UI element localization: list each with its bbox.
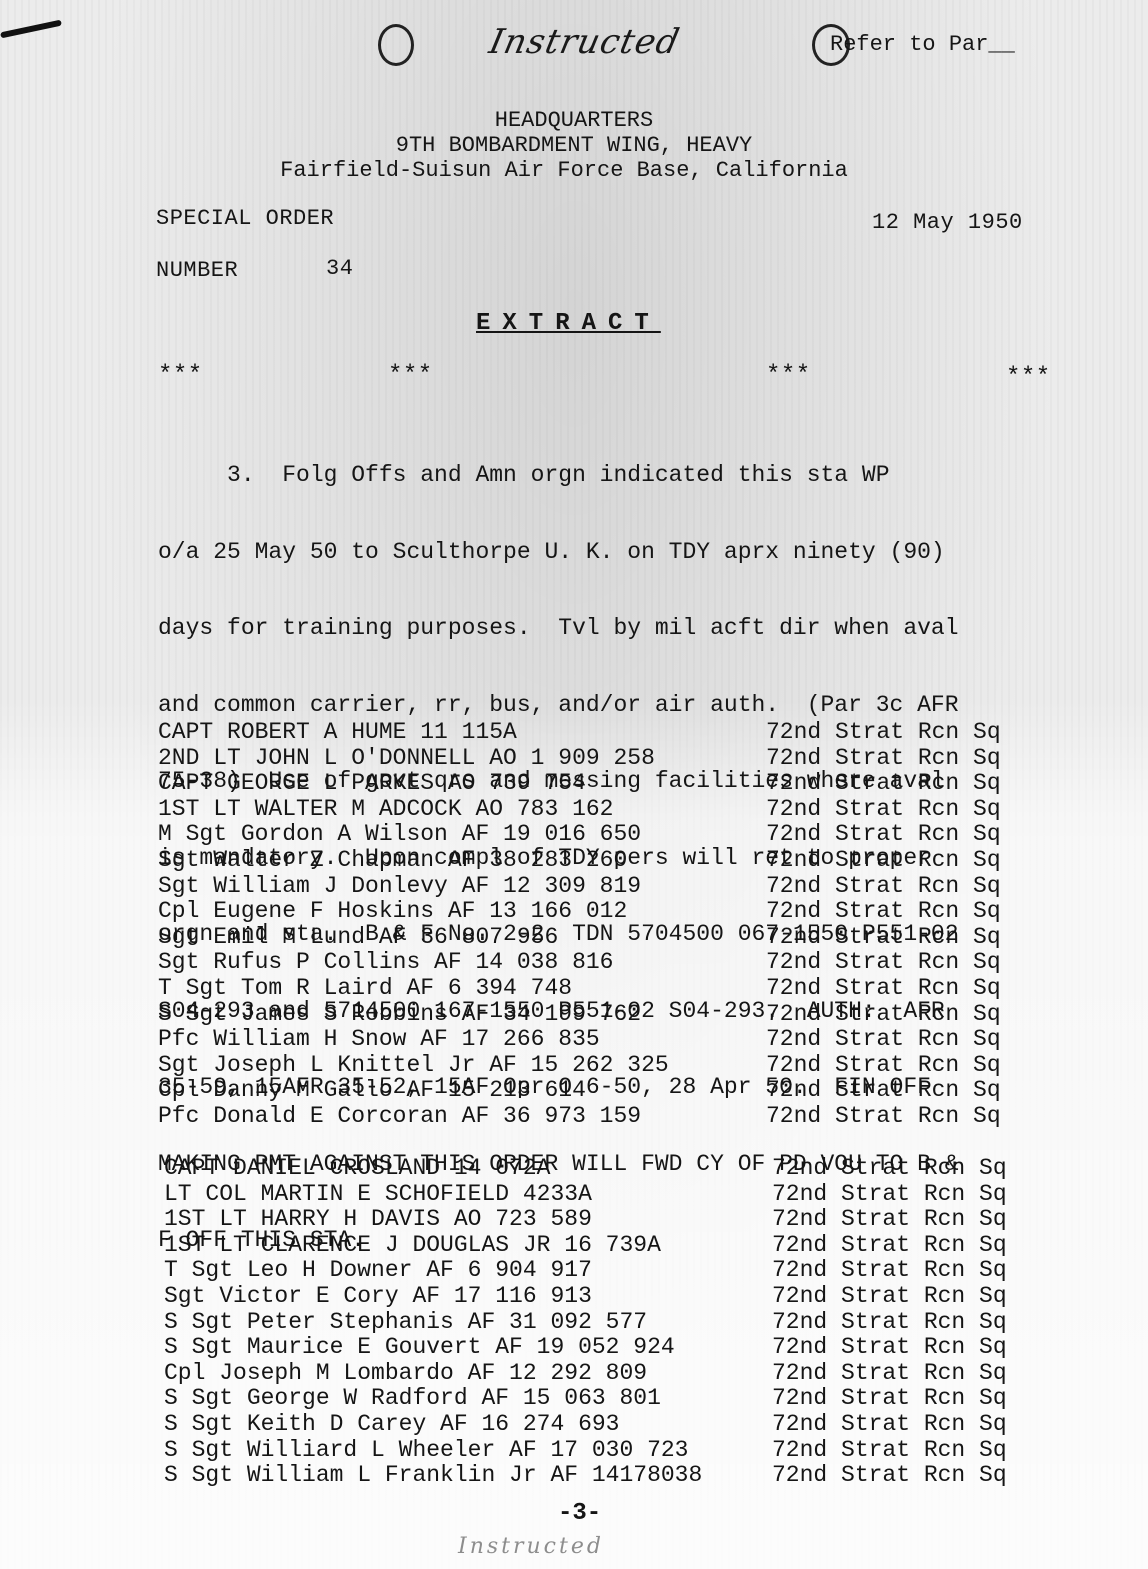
bottom-initials: Instructed xyxy=(458,1534,604,1559)
personnel-unit: 72nd Strat Rcn Sq xyxy=(772,1182,1007,1208)
personnel-name-serial: S Sgt Williard L Wheeler AF 17 030 723 xyxy=(164,1438,689,1464)
separator-2: *** xyxy=(388,362,433,389)
roster-row: S Sgt Peter Stephanis AF 31 092 57772nd … xyxy=(158,1310,1038,1336)
personnel-name-serial: S Sgt George W Radford AF 15 063 801 xyxy=(164,1386,661,1412)
roster-row: Pfc William H Snow AF 17 266 83572nd Str… xyxy=(158,1027,1038,1053)
separator-4: *** xyxy=(1006,364,1051,391)
personnel-unit: 72nd Strat Rcn Sq xyxy=(772,1233,1007,1259)
personnel-name-serial: Sgt Joseph L Knittel Jr AF 15 262 325 xyxy=(158,1053,669,1079)
roster-row: S Sgt William L Franklin Jr AF 141780387… xyxy=(158,1463,1038,1489)
roster-row: Cpl Danny M Gallo AF 15 213 61472nd Stra… xyxy=(158,1078,1038,1104)
roster-row: Sgt Victor E Cory AF 17 116 91372nd Stra… xyxy=(158,1284,1038,1310)
circle-mark-icon xyxy=(378,24,414,66)
roster-row: Cpl Joseph M Lombardo AF 12 292 80972nd … xyxy=(158,1361,1038,1387)
personnel-name-serial: S Sgt Maurice E Gouvert AF 19 052 924 xyxy=(164,1335,675,1361)
personnel-unit: 72nd Strat Rcn Sq xyxy=(772,1284,1007,1310)
roster-row: CAPT DANIEL CROSLAND 14 072A72nd Strat R… xyxy=(158,1156,1038,1182)
personnel-unit: 72nd Strat Rcn Sq xyxy=(772,1412,1007,1438)
personnel-name-serial: S Sgt James S Robbins AF 34 199 762 xyxy=(158,1002,641,1028)
paragraph-line: 3. Folg Offs and Amn orgn indicated this… xyxy=(158,463,1038,489)
personnel-unit: 72nd Strat Rcn Sq xyxy=(766,771,1001,797)
roster-row: S Sgt Keith D Carey AF 16 274 69372nd St… xyxy=(158,1412,1038,1438)
personnel-name-serial: Sgt William J Donlevy AF 12 309 819 xyxy=(158,874,641,900)
roster-row: CAPT ROBERT A HUME 11 115A72nd Strat Rcn… xyxy=(158,720,1038,746)
roster-row: S Sgt Williard L Wheeler AF 17 030 72372… xyxy=(158,1438,1038,1464)
personnel-unit: 72nd Strat Rcn Sq xyxy=(772,1258,1007,1284)
order-number: 34 xyxy=(326,256,353,281)
personnel-unit: 72nd Strat Rcn Sq xyxy=(766,899,1001,925)
roster-row: S Sgt George W Radford AF 15 063 80172nd… xyxy=(158,1386,1038,1412)
personnel-unit: 72nd Strat Rcn Sq xyxy=(772,1463,1007,1489)
separator-1: *** xyxy=(158,362,203,389)
roster-row: Cpl Eugene F Hoskins AF 13 166 01272nd S… xyxy=(158,899,1038,925)
personnel-unit: 72nd Strat Rcn Sq xyxy=(772,1386,1007,1412)
number-label: NUMBER xyxy=(156,258,238,283)
personnel-name-serial: Pfc William H Snow AF 17 266 835 xyxy=(158,1027,600,1053)
personnel-name-serial: 2ND LT JOHN L O'DONNELL AO 1 909 258 xyxy=(158,746,655,772)
personnel-name-serial: Sgt Rufus P Collins AF 14 038 816 xyxy=(158,950,613,976)
roster-row: 1ST LT HARRY H DAVIS AO 723 58972nd Stra… xyxy=(158,1207,1038,1233)
header-line-3: Fairfield-Suisun Air Force Base, Califor… xyxy=(0,158,1138,183)
personnel-unit: 72nd Strat Rcn Sq xyxy=(766,797,1001,823)
order-date: 12 May 1950 xyxy=(872,210,1023,235)
personnel-name-serial: T Sgt Leo H Downer AF 6 904 917 xyxy=(164,1258,592,1284)
roster-row: 1ST LT CLARENCE J DOUGLAS JR 16 739A72nd… xyxy=(158,1233,1038,1259)
personnel-unit: 72nd Strat Rcn Sq xyxy=(772,1335,1007,1361)
roster-row: T Sgt Tom R Laird AF 6 394 74872nd Strat… xyxy=(158,976,1038,1002)
header-line-2: 9TH BOMBARDMENT WING, HEAVY xyxy=(0,133,1148,158)
personnel-unit: 72nd Strat Rcn Sq xyxy=(772,1438,1007,1464)
roster-row: S Sgt Maurice E Gouvert AF 19 052 92472n… xyxy=(158,1335,1038,1361)
personnel-unit: 72nd Strat Rcn Sq xyxy=(766,720,1001,746)
roster-row: T Sgt Leo H Downer AF 6 904 91772nd Stra… xyxy=(158,1258,1038,1284)
roster-row: M Sgt Gordon A Wilson AF 19 016 65072nd … xyxy=(158,822,1038,848)
personnel-unit: 72nd Strat Rcn Sq xyxy=(766,976,1001,1002)
personnel-unit: 72nd Strat Rcn Sq xyxy=(766,1078,1001,1104)
personnel-name-serial: CAPT ROBERT A HUME 11 115A xyxy=(158,720,517,746)
personnel-name-serial: Cpl Eugene F Hoskins AF 13 166 012 xyxy=(158,899,627,925)
personnel-name-serial: Sgt Victor E Cory AF 17 116 913 xyxy=(164,1284,592,1310)
personnel-name-serial: LT COL MARTIN E SCHOFIELD 4233A xyxy=(164,1182,592,1208)
paragraph-line: days for training purposes. Tvl by mil a… xyxy=(158,616,1038,642)
roster-row: 2ND LT JOHN L O'DONNELL AO 1 909 25872nd… xyxy=(158,746,1038,772)
roster-row: LT COL MARTIN E SCHOFIELD 4233A72nd Stra… xyxy=(158,1182,1038,1208)
personnel-unit: 72nd Strat Rcn Sq xyxy=(772,1361,1007,1387)
refer-to-paragraph: Refer to Par__ xyxy=(830,32,1015,57)
header-line-1: HEADQUARTERS xyxy=(0,108,1148,133)
personnel-unit: 72nd Strat Rcn Sq xyxy=(772,1207,1007,1233)
personnel-unit: 72nd Strat Rcn Sq xyxy=(766,822,1001,848)
personnel-unit: 72nd Strat Rcn Sq xyxy=(772,1156,1007,1182)
roster-row: S Sgt James S Robbins AF 34 199 76272nd … xyxy=(158,1002,1038,1028)
personnel-name-serial: 1ST LT HARRY H DAVIS AO 723 589 xyxy=(164,1207,592,1233)
personnel-unit: 72nd Strat Rcn Sq xyxy=(766,874,1001,900)
personnel-unit: 72nd Strat Rcn Sq xyxy=(766,1053,1001,1079)
roster-row: Sgt Rufus P Collins AF 14 038 81672nd St… xyxy=(158,950,1038,976)
roster-row: CAPT GEORGE L PARKES AO 739 75472nd Stra… xyxy=(158,771,1038,797)
special-order-label: SPECIAL ORDER xyxy=(156,206,334,231)
personnel-name-serial: CAPT GEORGE L PARKES AO 739 754 xyxy=(158,771,586,797)
personnel-name-serial: Cpl Danny M Gallo AF 15 213 614 xyxy=(158,1078,586,1104)
personnel-unit: 72nd Strat Rcn Sq xyxy=(766,1002,1001,1028)
personnel-roster-group-2: CAPT DANIEL CROSLAND 14 072A72nd Strat R… xyxy=(158,1156,1038,1489)
personnel-name-serial: M Sgt Gordon A Wilson AF 19 016 650 xyxy=(158,822,641,848)
personnel-name-serial: 1ST LT CLARENCE J DOUGLAS JR 16 739A xyxy=(164,1233,661,1259)
roster-row: Sgt Walter Z Chapman AF 38 283 26072nd S… xyxy=(158,848,1038,874)
personnel-unit: 72nd Strat Rcn Sq xyxy=(766,848,1001,874)
personnel-unit: 72nd Strat Rcn Sq xyxy=(766,1104,1001,1130)
roster-row: 1ST LT WALTER M ADCOCK AO 783 16272nd St… xyxy=(158,797,1038,823)
personnel-name-serial: Pfc Donald E Corcoran AF 36 973 159 xyxy=(158,1104,641,1130)
personnel-name-serial: S Sgt Keith D Carey AF 16 274 693 xyxy=(164,1412,619,1438)
personnel-name-serial: 1ST LT WALTER M ADCOCK AO 783 162 xyxy=(158,797,613,823)
separator-3: *** xyxy=(766,362,811,389)
personnel-unit: 72nd Strat Rcn Sq xyxy=(766,746,1001,772)
handwritten-note: Instructed xyxy=(486,22,684,62)
paragraph-line: o/a 25 May 50 to Sculthorpe U. K. on TDY… xyxy=(158,540,1038,566)
personnel-roster-group-1: CAPT ROBERT A HUME 11 115A72nd Strat Rcn… xyxy=(158,720,1038,1130)
page-number: -3- xyxy=(558,1500,601,1527)
personnel-name-serial: S Sgt William L Franklin Jr AF 14178038 xyxy=(164,1463,702,1489)
personnel-unit: 72nd Strat Rcn Sq xyxy=(766,925,1001,951)
personnel-unit: 72nd Strat Rcn Sq xyxy=(766,950,1001,976)
personnel-name-serial: S Sgt Peter Stephanis AF 31 092 577 xyxy=(164,1310,647,1336)
roster-row: Sgt William J Donlevy AF 12 309 81972nd … xyxy=(158,874,1038,900)
personnel-name-serial: T Sgt Tom R Laird AF 6 394 748 xyxy=(158,976,572,1002)
personnel-unit: 72nd Strat Rcn Sq xyxy=(766,1027,1001,1053)
roster-row: Pfc Donald E Corcoran AF 36 973 15972nd … xyxy=(158,1104,1038,1130)
personnel-unit: 72nd Strat Rcn Sq xyxy=(772,1310,1007,1336)
personnel-name-serial: Sgt Emil M Lund AF 36 807 956 xyxy=(158,925,558,951)
personnel-name-serial: Sgt Walter Z Chapman AF 38 283 260 xyxy=(158,848,627,874)
extract-title: EXTRACT xyxy=(476,310,661,337)
personnel-name-serial: CAPT DANIEL CROSLAND 14 072A xyxy=(164,1156,550,1182)
roster-row: Sgt Emil M Lund AF 36 807 95672nd Strat … xyxy=(158,925,1038,951)
paragraph-line: and common carrier, rr, bus, and/or air … xyxy=(158,693,1038,719)
roster-row: Sgt Joseph L Knittel Jr AF 15 262 32572n… xyxy=(158,1053,1038,1079)
personnel-name-serial: Cpl Joseph M Lombardo AF 12 292 809 xyxy=(164,1361,647,1387)
